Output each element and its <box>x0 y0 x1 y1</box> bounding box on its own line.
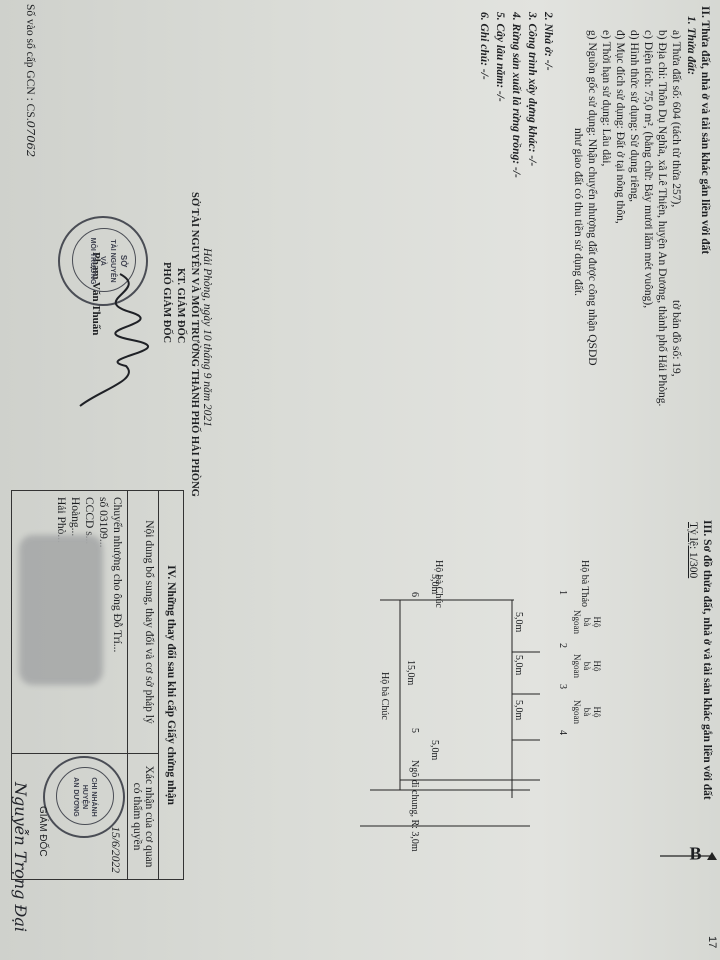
neighbor-text: Ngoan <box>572 700 582 724</box>
area: c) Diện tích: 75,0 m², (bằng chữ: Bảy mư… <box>641 30 655 308</box>
certificate-page: II. Thửa đất, nhà ở và tài sản khác gắn … <box>0 0 720 960</box>
north-arrow-icon <box>656 846 716 866</box>
stamp-line: CHI NHÁNH <box>90 758 97 836</box>
neighbor-right-2: Hộ bà Ngoan <box>572 654 602 678</box>
director-name: Nguyễn Trọng Đại <box>11 782 30 932</box>
branch-stamp: CHI NHÁNH HUYỆN AN DƯƠNG <box>43 756 125 838</box>
registry-label-text: Số vào sổ cấp GCN : CS. <box>24 4 36 121</box>
pt-6: 6 <box>409 592 420 597</box>
item-note: 6. Ghi chú: -/- <box>477 12 491 80</box>
neighbor-text: Hộ <box>592 700 602 724</box>
item-perennial: 5. Cây lâu năm: -/- <box>493 12 507 102</box>
dim-4-5: 5,0m <box>429 740 440 760</box>
neighbor-top: Hộ bà Thảo <box>579 560 590 607</box>
director-role: GIÁM ĐỐC <box>37 806 48 857</box>
neighbor-bottom: Hộ bà Chúc <box>379 672 390 720</box>
neighbor-right-3: Hộ bà Ngoan <box>572 700 602 724</box>
neighbor-text: Ngoan <box>572 610 582 634</box>
section-ii-sub1: 1. Thửa đất: <box>684 16 698 75</box>
registry-label: Số vào sổ cấp GCN : CS.07062 <box>23 4 38 157</box>
item-house: 2. Nhà ở: -/- <box>541 12 555 71</box>
use-origin-cont: như giao đất có thu tiền sử dụng đất. <box>571 128 585 296</box>
col-content-header: Nội dung bổ sung, thay đổi và cơ sở pháp… <box>128 491 159 754</box>
redacted-area <box>19 535 103 685</box>
neighbor-text: bà <box>582 654 592 678</box>
pt-4: 4 <box>557 730 568 735</box>
stamp-line: AN DƯƠNG <box>72 758 79 836</box>
confirm-date: 15/6/2022 <box>109 826 121 873</box>
section-iv-title: IV. Những thay đổi sau khi cấp Giấy chứn… <box>159 491 184 880</box>
issue-date: Hải Phòng, ngày 10 tháng 9 năm 2021 <box>200 248 214 427</box>
signer-role: PHÓ GIÁM ĐỐC <box>161 262 172 343</box>
signature-mark <box>70 270 160 410</box>
pt-1: 1 <box>557 590 568 595</box>
dim-3-4: 5,0m <box>513 700 524 720</box>
section-ii-title: II. Thửa đất, nhà ở và tài sản khác gắn … <box>698 6 712 254</box>
address: b) Địa chỉ: Thôn Dụ Nghĩa, xã Lê Thiện, … <box>655 30 669 406</box>
change-line: Chuyển nhượng cho ông Đỗ Trí... <box>110 497 124 747</box>
shared-alley: Ngõ đi chung, R: 3,0m <box>409 760 420 852</box>
north-label: B <box>689 844 701 865</box>
kt-title: KT. GIÁM ĐỐC <box>175 268 186 343</box>
dim-5-6: 15,0m <box>405 660 416 685</box>
item-other-construction: 3. Công trình xây dựng khác: -/- <box>525 12 539 166</box>
item-forest: 4. Rừng sản xuất là rừng trồng: -/- <box>509 12 523 178</box>
pt-3: 3 <box>557 684 568 689</box>
use-purpose: đ) Mục đích sử dụng: Đất ở tại nông thôn… <box>613 30 627 224</box>
neighbor-text: bà <box>582 610 592 634</box>
stamp-line: HUYỆN <box>81 758 88 836</box>
photo-background: II. Thửa đất, nhà ở và tài sản khác gắn … <box>0 0 720 960</box>
registry-number: 07062 <box>24 121 38 158</box>
pt-2: 2 <box>557 643 568 648</box>
section-iii-title: III. Sơ đồ thửa đất, nhà ở và tài sản kh… <box>700 520 714 800</box>
dim-2-3: 5,0m <box>513 655 524 675</box>
neighbor-text: Hộ <box>592 610 602 634</box>
neighbor-text: Hộ <box>592 654 602 678</box>
page-number: 17 <box>706 936 718 948</box>
scale: Tỷ lệ: 1/300 <box>686 522 700 578</box>
map-sheet: tờ bản đồ số: 19, <box>669 300 683 377</box>
use-form: d) Hình thức sử dụng: Sử dụng riêng, <box>627 30 641 202</box>
change-content-cell: Chuyển nhượng cho ông Đỗ Trí... số 03109… <box>12 491 128 754</box>
neighbor-right-1: Hộ bà Ngoan <box>572 610 602 634</box>
col-confirm-header: Xác nhận của cơ quan có thẩm quyền <box>128 754 159 880</box>
issuing-org: SỞ TÀI NGUYÊN VÀ MÔI TRƯỜNG THÀNH PHỐ HẢ… <box>189 192 200 497</box>
parcel-number: a) Thửa đất số: 604 (tách từ thửa 257), <box>669 30 683 207</box>
pt-5: 5 <box>409 728 420 733</box>
use-term: e) Thời hạn sử dụng: Lâu dài, <box>599 30 613 166</box>
use-origin: g) Nguồn gốc sử dụng: Nhận chuyển nhượng… <box>585 30 599 366</box>
neighbor-text: bà <box>582 700 592 724</box>
dim-1-2: 5,0m <box>513 612 524 632</box>
neighbor-left: Hộ bà Chúc <box>433 560 444 608</box>
neighbor-text: Ngoan <box>572 654 582 678</box>
